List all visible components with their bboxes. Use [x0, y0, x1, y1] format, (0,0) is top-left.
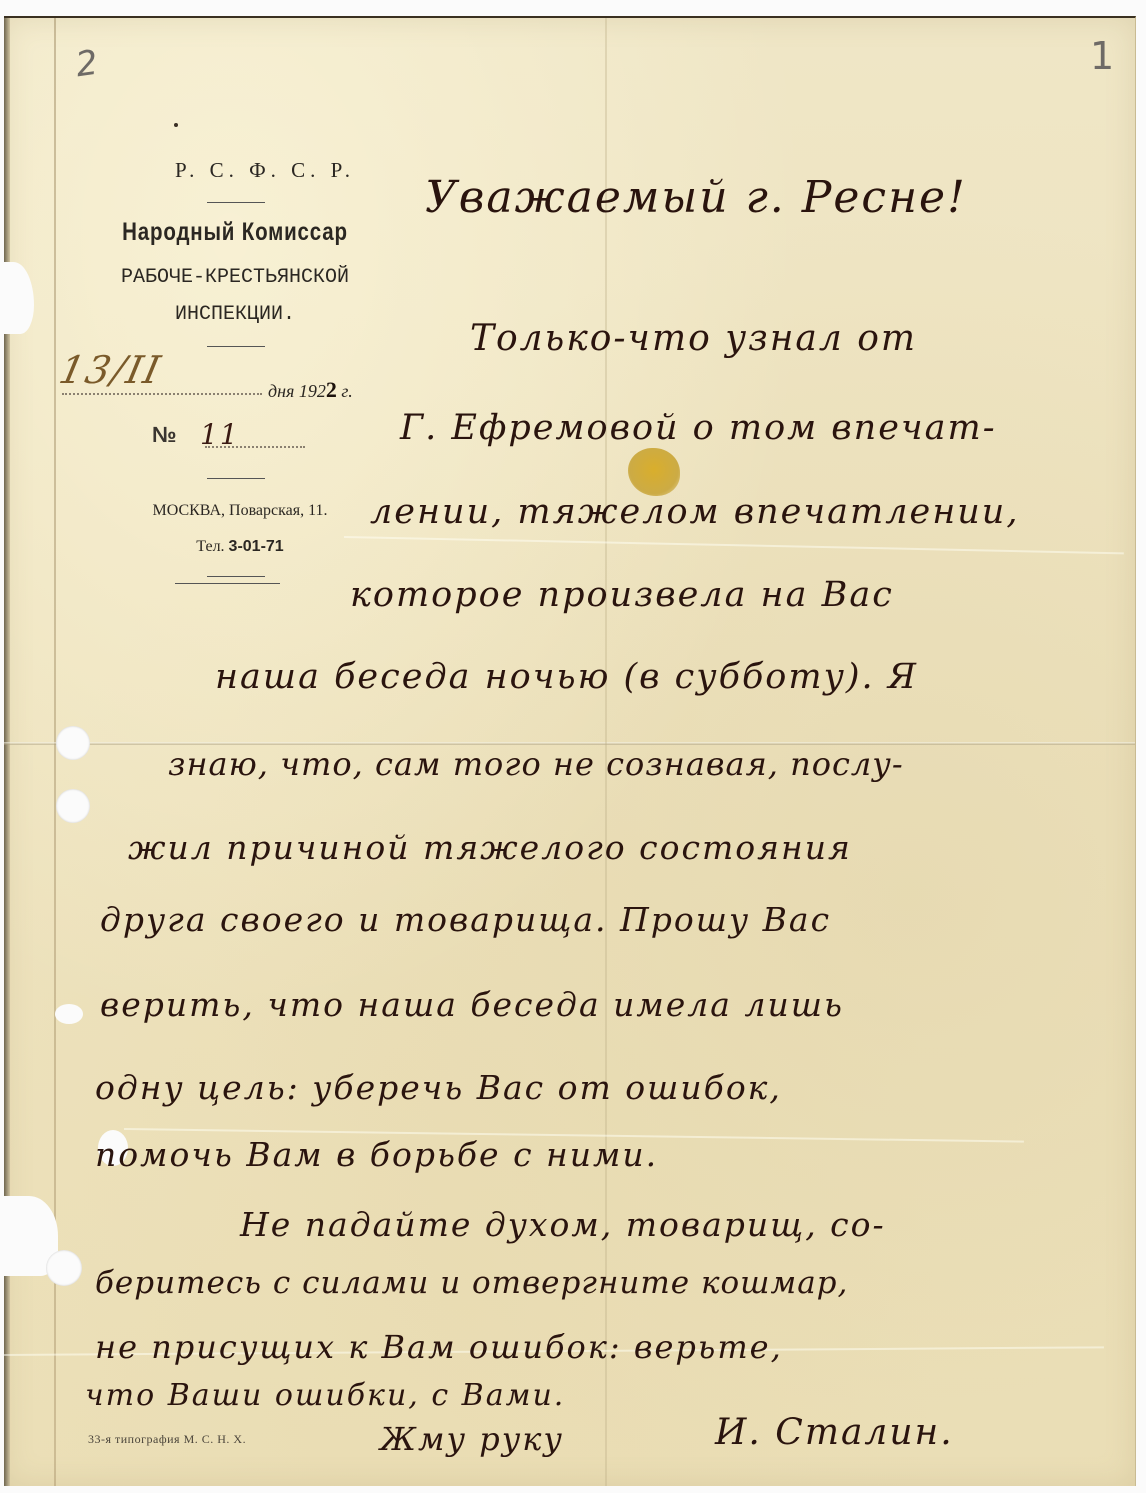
letter-line: лении, тяжелом впечатлении, [370, 492, 1019, 532]
punch-hole [46, 1250, 82, 1286]
letter-line: не присущих к Вам ошибок: верьте, [95, 1328, 783, 1366]
letterhead-country: Р. С. Ф. С. Р. [100, 158, 430, 183]
phone-label: Тел. [196, 538, 224, 555]
punch-hole [56, 726, 90, 760]
letterhead-rule [207, 576, 265, 577]
letterhead-rule [207, 346, 265, 347]
date-year-handwritten: 2 [326, 377, 337, 402]
letter-line: Только-что узнал от [470, 318, 917, 359]
letter-closing: Жму руку [380, 1420, 564, 1458]
printer-imprint: 33-я типография М. С. Н. Х. [88, 1432, 246, 1447]
letter-line: одну цель: уберечь Вас от ошибок, [95, 1068, 782, 1107]
date-field: дня 1922 г. [268, 377, 353, 403]
letter-line: которое произвела на Вас [350, 575, 894, 615]
letterhead-rule [207, 202, 265, 203]
punch-hole [56, 789, 90, 823]
letterhead-rule [207, 478, 265, 479]
letterhead-phone: Тел. 3-01-71 [70, 538, 410, 556]
paper-crease [344, 536, 1124, 554]
letter-line: что Ваши ошибки, с Вами. [85, 1378, 565, 1413]
small-tear [55, 1004, 83, 1024]
handwritten-date: 13/II [55, 348, 166, 392]
letter-line: помочь Вам в борьбе с ними. [95, 1135, 658, 1174]
letter-line: беритесь с силами и отвергните кошмар, [95, 1265, 848, 1301]
letter-line: друга своего и товарища. Прошу Вас [100, 900, 831, 939]
phone-number: 3-01-71 [229, 538, 284, 555]
letter-line: Не падайте духом, товарищ, со- [240, 1205, 886, 1244]
handwritten-number: 11 [200, 418, 240, 451]
letterhead-rule [175, 583, 280, 584]
letter-line: верить, что наша беседа имела лишь [100, 985, 844, 1024]
date-dotted-line [62, 393, 262, 395]
letterhead-organization-line2: ИНСПЕКЦИИ. [60, 303, 410, 326]
letter-signature: И. Сталин. [715, 1412, 954, 1453]
letter-line: знаю, что, сам того не сознавая, послу- [168, 745, 904, 783]
letterhead-title: Народный Комиссар [92, 218, 379, 247]
letter-line: жил причиной тяжелого состояния [128, 828, 852, 867]
date-printed-suffix: дня 192 [268, 381, 326, 401]
letter-line: наша беседа ночью (в субботу). Я [215, 657, 918, 697]
letterhead-address: МОСКВА, Поварская, 11. [70, 502, 410, 520]
letterhead-organization-line1: РАБОЧЕ-КРЕСТЬЯНСКОЙ [60, 266, 410, 289]
number-label: № [152, 422, 177, 448]
letter-salutation: Уважаемый г. Ресне! [425, 172, 967, 223]
pencil-page-number: 1 [1090, 34, 1114, 78]
letter-line: Г. Ефремовой о том впечат- [400, 408, 997, 448]
ink-speck [174, 123, 178, 127]
yellow-stain [628, 448, 680, 496]
date-g: г. [341, 381, 352, 401]
